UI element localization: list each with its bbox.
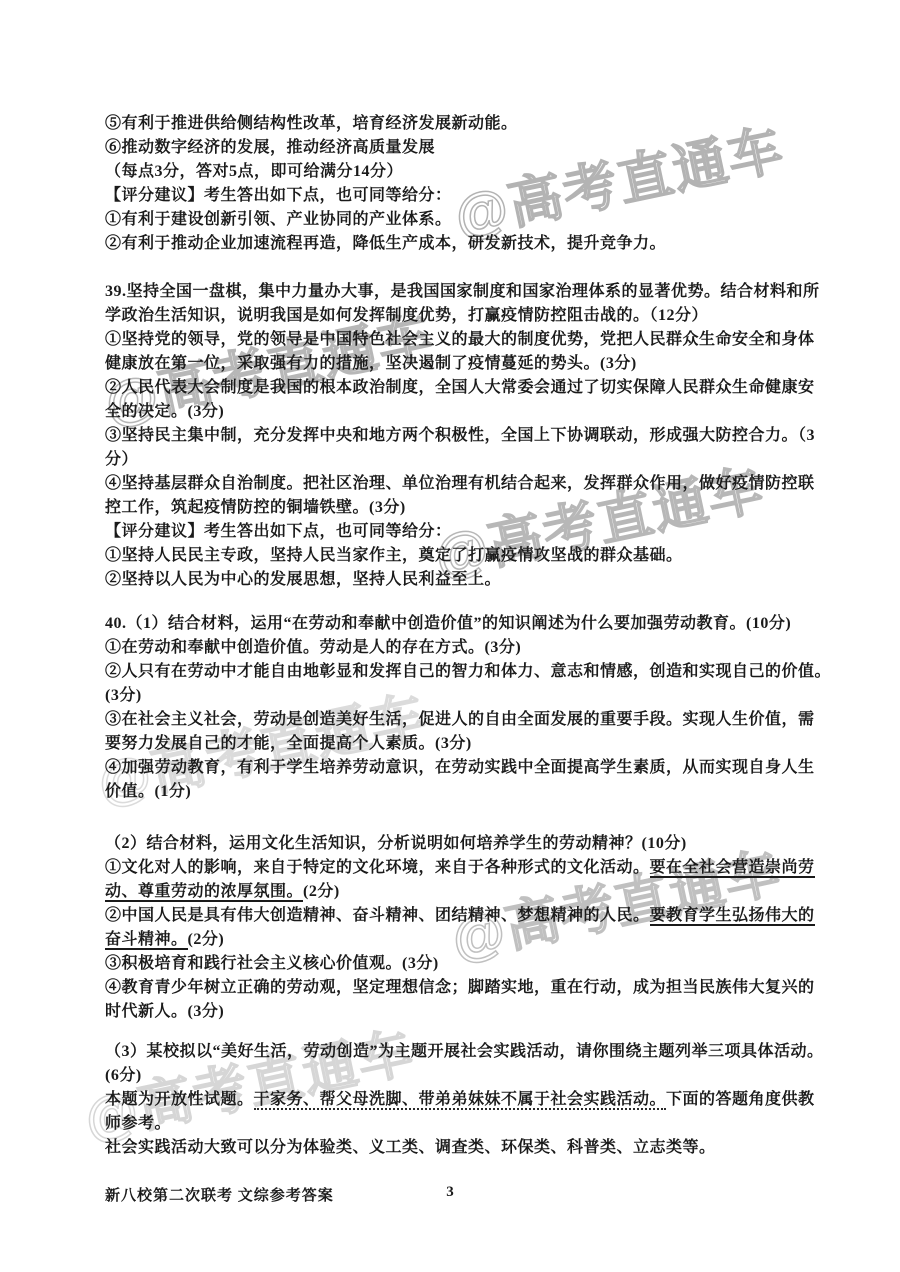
text-segment: 40.（1）结合材料，运用“在劳动和奉献中创造价值”的知识阐述为什么要加强劳动教… <box>105 615 791 632</box>
text-line: 分） <box>105 448 805 472</box>
text-line: ③坚持民主集中制，充分发挥中央和地方两个积极性，全国上下协调联动，形成强大防控合… <box>105 424 805 448</box>
text-segment: 本题为开放性试题。 <box>105 1091 254 1108</box>
text-segment: 【评分建议】考生答出如下点，也可同等给分： <box>105 523 452 540</box>
text-line: ②人只有在劳动中才能自由地彰显和发挥自己的智力和体力、意志和情感，创造和实现自己… <box>105 660 805 684</box>
text-segment: 学政治生活知识，说明我国是如何发挥制度优势，打赢疫情防控阻击战的。（12分） <box>105 307 708 324</box>
text-segment: ③坚持民主集中制，充分发挥中央和地方两个积极性，全国上下协调联动，形成强大防控合… <box>105 427 815 444</box>
underlined-text: 要在全社会营造崇尚劳 <box>650 859 815 878</box>
answer-content: ⑤有利于推进供给侧结构性改革，培育经济发展新动能。⑥推动数字经济的发展，推动经济… <box>105 112 805 1160</box>
section-q40-1: 40.（1）结合材料，运用“在劳动和奉献中创造价值”的知识阐述为什么要加强劳动教… <box>105 612 805 804</box>
text-segment: ②有利于推动企业加速流程再造，降低生产成本，研发新技术，提升竞争力。 <box>105 235 666 252</box>
underlined-text: 奋斗精神。 <box>105 931 188 950</box>
text-line: ⑥推动数字经济的发展，推动经济高质量发展 <box>105 136 805 160</box>
text-line: ③积极培育和践行社会主义核心价值观。(3分) <box>105 952 805 976</box>
text-line: （3）某校拟以“美好生活，劳动创造”为主题开展社会实践活动，请你围绕主题列举三项… <box>105 1040 805 1064</box>
text-line: 要努力发展自己的才能，全面提高个人素质。(3分) <box>105 732 805 756</box>
page-footer: 新八校第二次联考 文综参考答案 3 <box>0 1184 900 1210</box>
text-line: ①坚持党的领导，党的领导是中国特色社会主义的最大的制度优势，党把人民群众生命安全… <box>105 328 805 352</box>
text-line: ①有利于建设创新引领、产业协同的产业体系。 <box>105 208 805 232</box>
text-segment: ②坚持以人民为中心的发展思想，坚持人民利益至上。 <box>105 571 501 588</box>
text-segment: ①文化对人的影响，来自于特定的文化环境，来自于各种形式的文化活动。 <box>105 859 650 876</box>
text-segment: ④加强劳动教育，有利于学生培养劳动意识，在劳动实践中全面提高学生素质，从而实现自… <box>105 759 815 776</box>
section-q38-tail: ⑤有利于推进供给侧结构性改革，培育经济发展新动能。⑥推动数字经济的发展，推动经济… <box>105 112 805 256</box>
text-line: ②坚持以人民为中心的发展思想，坚持人民利益至上。 <box>105 568 805 592</box>
text-segment: ①坚持人民民主专政，坚持人民当家作主，奠定了打赢疫情攻坚战的群众基础。 <box>105 547 683 564</box>
text-line: 学政治生活知识，说明我国是如何发挥制度优势，打赢疫情防控阻击战的。（12分） <box>105 304 805 328</box>
underlined-text: 干家务、帮父母洗脚、带弟弟妹妹不属于社会实践活动。 <box>254 1091 667 1110</box>
text-segment: ②人民代表大会制度是我国的根本政治制度，全国人大常委会通过了切实保障人民群众生命… <box>105 379 815 396</box>
text-line: 全的决定。(3分) <box>105 400 805 424</box>
text-segment: (6分) <box>105 1067 142 1084</box>
text-line: ②人民代表大会制度是我国的根本政治制度，全国人大常委会通过了切实保障人民群众生命… <box>105 376 805 400</box>
text-line: (3分) <box>105 684 805 708</box>
text-line: 奋斗精神。(2分) <box>105 928 805 952</box>
text-segment: ②人只有在劳动中才能自由地彰显和发挥自己的智力和体力、意志和情感，创造和实现自己… <box>105 663 831 680</box>
text-segment: (3分) <box>105 687 142 704</box>
text-segment: ①有利于建设创新引领、产业协同的产业体系。 <box>105 211 452 228</box>
text-segment: 39.坚持全国一盘棋，集中力量办大事，是我国国家制度和国家治理体系的显著优势。结… <box>105 283 820 300</box>
text-line: ④教育青少年树立正确的劳动观，坚定理想信念；脚踏实地，重在行动，成为担当民族伟大… <box>105 976 805 1000</box>
text-line: 本题为开放性试题。干家务、帮父母洗脚、带弟弟妹妹不属于社会实践活动。下面的答题角… <box>105 1088 805 1112</box>
text-line: 价值。(1分) <box>105 780 805 804</box>
text-line: 【评分建议】考生答出如下点，也可同等给分： <box>105 520 805 544</box>
text-segment: (2分) <box>188 931 225 948</box>
text-line: ②中国人民是具有伟大创造精神、奋斗精神、团结精神、梦想精神的人民。要教育学生弘扬… <box>105 904 805 928</box>
text-segment: ②中国人民是具有伟大创造精神、奋斗精神、团结精神、梦想精神的人民。 <box>105 907 650 924</box>
text-segment: ③在社会主义社会，劳动是创造美好生活，促进人的自由全面发展的重要手段。实现人生价… <box>105 711 815 728</box>
text-line: ①文化对人的影响，来自于特定的文化环境，来自于各种形式的文化活动。要在全社会营造… <box>105 856 805 880</box>
text-line: 【评分建议】考生答出如下点，也可同等给分： <box>105 184 805 208</box>
underlined-text: 动、尊重劳动的浓厚氛围。 <box>105 883 303 902</box>
text-segment: （每点3分，答对5点，即可给满分14分） <box>105 163 403 180</box>
section-q40-2: （2）结合材料，运用文化生活知识，分析说明如何培养学生的劳动精神？(10分)①文… <box>105 832 805 1024</box>
section-q39: 39.坚持全国一盘棋，集中力量办大事，是我国国家制度和国家治理体系的显著优势。结… <box>105 280 805 592</box>
text-segment: 分） <box>105 451 138 468</box>
text-line: (6分) <box>105 1064 805 1088</box>
text-line: ②有利于推动企业加速流程再造，降低生产成本，研发新技术，提升竞争力。 <box>105 232 805 256</box>
text-segment: 要努力发展自己的才能，全面提高个人素质。(3分) <box>105 735 472 752</box>
text-segment: 时代新人。(3分) <box>105 1003 224 1020</box>
text-line: （每点3分，答对5点，即可给满分14分） <box>105 160 805 184</box>
page-number: 3 <box>0 1184 900 1201</box>
text-segment: 控工作，筑起疫情防控的铜墙铁壁。(3分) <box>105 499 406 516</box>
section-q40-3: （3）某校拟以“美好生活，劳动创造”为主题开展社会实践活动，请你围绕主题列举三项… <box>105 1040 805 1160</box>
text-segment: 【评分建议】考生答出如下点，也可同等给分： <box>105 187 452 204</box>
text-segment: （2）结合材料，运用文化生活知识，分析说明如何培养学生的劳动精神？(10分) <box>105 835 687 852</box>
text-line: （2）结合材料，运用文化生活知识，分析说明如何培养学生的劳动精神？(10分) <box>105 832 805 856</box>
text-segment: 健康放在第一位，采取强有力的措施，坚决遏制了疫情蔓延的势头。(3分) <box>105 355 637 372</box>
text-line: ①坚持人民民主专政，坚持人民当家作主，奠定了打赢疫情攻坚战的群众基础。 <box>105 544 805 568</box>
text-line: 健康放在第一位，采取强有力的措施，坚决遏制了疫情蔓延的势头。(3分) <box>105 352 805 376</box>
text-line: 40.（1）结合材料，运用“在劳动和奉献中创造价值”的知识阐述为什么要加强劳动教… <box>105 612 805 636</box>
text-line: 控工作，筑起疫情防控的铜墙铁壁。(3分) <box>105 496 805 520</box>
text-line: ③在社会主义社会，劳动是创造美好生活，促进人的自由全面发展的重要手段。实现人生价… <box>105 708 805 732</box>
text-line: ④坚持基层群众自治制度。把社区治理、单位治理有机结合起来，发挥群众作用，做好疫情… <box>105 472 805 496</box>
text-segment: ①在劳动和奉献中创造价值。劳动是人的存在方式。(3分) <box>105 639 521 656</box>
text-segment: ③积极培育和践行社会主义核心价值观。(3分) <box>105 955 439 972</box>
text-segment: ⑤有利于推进供给侧结构性改革，培育经济发展新动能。 <box>105 115 518 132</box>
text-line: 39.坚持全国一盘棋，集中力量办大事，是我国国家制度和国家治理体系的显著优势。结… <box>105 280 805 304</box>
document-page: @高考直通车@高考直通车@高考直通车@高考直通车@高考直通车@高考直通车 ⑤有利… <box>0 0 900 1272</box>
text-segment: 全的决定。(3分) <box>105 403 224 420</box>
text-line: 社会实践活动大致可以分为体验类、义工类、调查类、环保类、科普类、立志类等。 <box>105 1136 805 1160</box>
text-segment: 社会实践活动大致可以分为体验类、义工类、调查类、环保类、科普类、立志类等。 <box>105 1139 716 1156</box>
text-segment: 下面的答题角度供教 <box>666 1091 815 1108</box>
text-line: ⑤有利于推进供给侧结构性改革，培育经济发展新动能。 <box>105 112 805 136</box>
text-segment: ④坚持基层群众自治制度。把社区治理、单位治理有机结合起来，发挥群众作用，做好疫情… <box>105 475 815 492</box>
text-line: 动、尊重劳动的浓厚氛围。(2分) <box>105 880 805 904</box>
text-segment: 价值。(1分) <box>105 783 191 800</box>
text-line: 时代新人。(3分) <box>105 1000 805 1024</box>
text-segment: ①坚持党的领导，党的领导是中国特色社会主义的最大的制度优势，党把人民群众生命安全… <box>105 331 815 348</box>
text-line: ①在劳动和奉献中创造价值。劳动是人的存在方式。(3分) <box>105 636 805 660</box>
underlined-text: 要教育学生弘扬伟大的 <box>650 907 815 926</box>
text-segment: ⑥推动数字经济的发展，推动经济高质量发展 <box>105 139 435 156</box>
text-line: 师参考。 <box>105 1112 805 1136</box>
text-segment: 师参考。 <box>105 1115 171 1132</box>
text-segment: ④教育青少年树立正确的劳动观，坚定理想信念；脚踏实地，重在行动，成为担当民族伟大… <box>105 979 815 996</box>
text-segment: （3）某校拟以“美好生活，劳动创造”为主题开展社会实践活动，请你围绕主题列举三项… <box>105 1043 824 1060</box>
text-segment: (2分) <box>303 883 340 900</box>
text-line: ④加强劳动教育，有利于学生培养劳动意识，在劳动实践中全面提高学生素质，从而实现自… <box>105 756 805 780</box>
